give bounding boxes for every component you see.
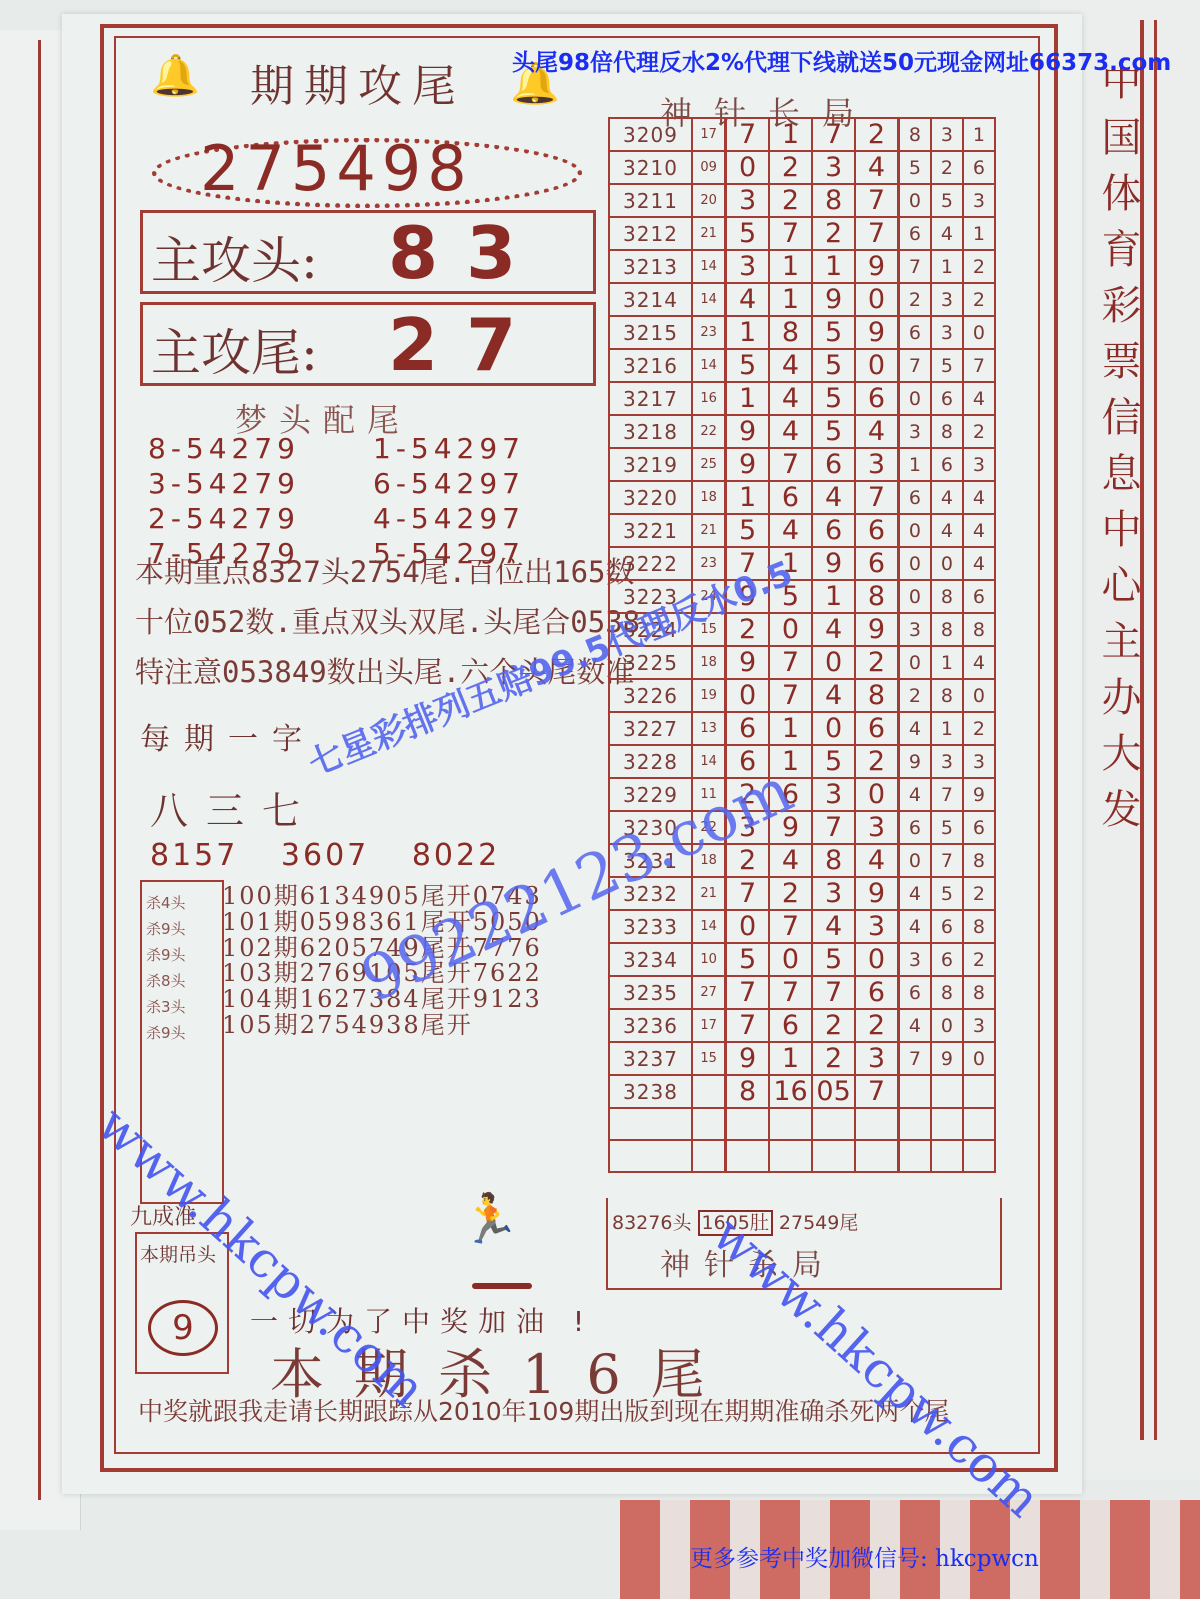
- table-row: 3227136106412: [609, 712, 995, 745]
- period-cell: 3233: [609, 910, 692, 943]
- period-cell: 3227: [609, 712, 692, 745]
- digit-cell: 8: [855, 580, 898, 613]
- dream-right-1: 1-54297: [373, 432, 598, 465]
- extra-cell: 7: [898, 1042, 931, 1075]
- period-cell: 3234: [609, 943, 692, 976]
- extra-cell: 5: [931, 811, 963, 844]
- sum-cell: [692, 1075, 726, 1108]
- sum-cell: 25: [692, 448, 726, 481]
- extra-cell: 1: [898, 448, 931, 481]
- extra-cell: 4: [898, 1009, 931, 1042]
- extra-cell: 2: [931, 151, 963, 184]
- digit-cell: 6: [769, 1009, 812, 1042]
- extra-cell: [931, 1075, 963, 1108]
- kill-label: 杀9头: [146, 942, 186, 968]
- extra-cell: 4: [963, 547, 995, 580]
- extra-cell: 3: [963, 184, 995, 217]
- digit-cell: 9: [812, 283, 855, 316]
- extra-cell: 4: [931, 514, 963, 547]
- digit-cell: 9: [855, 250, 898, 283]
- period-cell: 3235: [609, 976, 692, 1009]
- extra-cell: 7: [898, 250, 931, 283]
- main-head-value: 83: [388, 211, 544, 295]
- extra-cell: 3: [963, 745, 995, 778]
- digit-cell: 7: [812, 811, 855, 844]
- period-cell: [609, 1140, 692, 1172]
- extra-cell: 2: [898, 283, 931, 316]
- main-head-label: 主攻头:: [151, 221, 318, 293]
- table-row: 3214144190232: [609, 283, 995, 316]
- extra-cell: 7: [931, 844, 963, 877]
- digit-cell: 3: [812, 877, 855, 910]
- digit-cell: 5: [812, 415, 855, 448]
- extra-cell: 1: [931, 250, 963, 283]
- digit-cell: 0: [855, 283, 898, 316]
- sum-cell: 09: [692, 151, 726, 184]
- digit-cell: 4: [769, 844, 812, 877]
- extra-cell: [963, 1140, 995, 1172]
- extra-cell: 4: [898, 778, 931, 811]
- extra-cell: 8: [931, 613, 963, 646]
- extra-cell: 8: [963, 613, 995, 646]
- digit-cell: 3: [812, 778, 855, 811]
- sum-cell: 21: [692, 877, 726, 910]
- extra-cell: 0: [898, 184, 931, 217]
- digit-cell: 7: [812, 118, 855, 151]
- digit-cell: 3: [855, 1042, 898, 1075]
- digit-cell: 3: [855, 811, 898, 844]
- extra-cell: 2: [963, 415, 995, 448]
- digit-cell: 0: [726, 151, 769, 184]
- extra-cell: 6: [898, 481, 931, 514]
- extra-cell: 6: [963, 811, 995, 844]
- note-line-1: 本期重点8327头2754尾.百位出165数: [135, 550, 635, 591]
- extra-cell: 3: [931, 745, 963, 778]
- extra-cell: 4: [963, 514, 995, 547]
- digit-cell: 8: [812, 844, 855, 877]
- sum-cell: 22: [692, 415, 726, 448]
- sum-cell: 21: [692, 217, 726, 250]
- digit-cell: 4: [812, 613, 855, 646]
- per-word-chinese-digits: 八三七: [150, 780, 318, 835]
- digit-cell: 5: [812, 349, 855, 382]
- table-row: 3216145450757: [609, 349, 995, 382]
- digit-cell: 8: [855, 679, 898, 712]
- digit-cell: 4: [726, 283, 769, 316]
- extra-cell: 8: [931, 415, 963, 448]
- digit-cell: 5: [812, 382, 855, 415]
- draw-history-table: 3209177172831321009023452632112032870533…: [608, 117, 996, 1173]
- extra-cell: 5: [931, 349, 963, 382]
- digit-cell: 4: [769, 415, 812, 448]
- digit-cell: [812, 1108, 855, 1140]
- digit-cell: 2: [769, 184, 812, 217]
- bells-icon-left: 🔔: [150, 52, 200, 99]
- digit-cell: 8: [769, 316, 812, 349]
- extra-cell: 7: [963, 349, 995, 382]
- kill-labels: 杀4头 杀9头 杀9头 杀8头 杀3头 杀9头: [146, 890, 186, 1046]
- digit-cell: 2: [812, 1042, 855, 1075]
- extra-cell: 3: [898, 613, 931, 646]
- extra-cell: 6: [898, 976, 931, 1009]
- digit-cell: 4: [812, 679, 855, 712]
- table-row: 3218229454382: [609, 415, 995, 448]
- period-cell: 3211: [609, 184, 692, 217]
- digit-cell: 6: [769, 481, 812, 514]
- table-row: 3222237196004: [609, 547, 995, 580]
- main-head-box: 主攻头: 83: [140, 210, 596, 294]
- extra-cell: 9: [931, 1042, 963, 1075]
- digit-cell: 0: [855, 943, 898, 976]
- dream-right-3: 4-54297: [373, 502, 598, 535]
- digit-cell: 7: [769, 910, 812, 943]
- digit-cell: [855, 1108, 898, 1140]
- extra-cell: [931, 1140, 963, 1172]
- sum-cell: 14: [692, 250, 726, 283]
- extra-cell: 6: [963, 580, 995, 613]
- digit-cell: 6: [855, 712, 898, 745]
- extra-cell: 8: [931, 580, 963, 613]
- sum-cell: 20: [692, 184, 726, 217]
- digit-cell: 0: [769, 943, 812, 976]
- period-cell: 3221: [609, 514, 692, 547]
- digit-cell: 6: [812, 514, 855, 547]
- digit-cell: 9: [855, 877, 898, 910]
- side-vertical-text: 中国体育彩票信息中心主办大发: [1090, 60, 1147, 844]
- digit-cell: [769, 1140, 812, 1172]
- digit-cell: 4: [812, 481, 855, 514]
- digit-cell: 7: [726, 877, 769, 910]
- extra-cell: 3: [963, 1009, 995, 1042]
- dream-right-2: 6-54297: [373, 467, 598, 500]
- table-row: [609, 1108, 995, 1140]
- digit-cell: 4: [855, 415, 898, 448]
- sum-cell: 17: [692, 118, 726, 151]
- digit-cell: 7: [726, 1009, 769, 1042]
- extra-cell: [963, 1075, 995, 1108]
- digit-cell: 2: [769, 151, 812, 184]
- digit-cell: 0: [726, 910, 769, 943]
- digit-cell: 7: [769, 448, 812, 481]
- digit-cell: 0: [812, 646, 855, 679]
- main-tail-label: 主攻尾:: [151, 313, 318, 385]
- extra-cell: 6: [931, 448, 963, 481]
- main-tail-box: 主攻尾: 27: [140, 302, 596, 386]
- period-cell: 3219: [609, 448, 692, 481]
- digit-cell: 7: [726, 976, 769, 1009]
- digit-cell: 7: [769, 217, 812, 250]
- extra-cell: 3: [931, 283, 963, 316]
- sum-cell: 18: [692, 481, 726, 514]
- digit-cell: 7: [855, 481, 898, 514]
- period-cell: 3236: [609, 1009, 692, 1042]
- period-cell: 3212: [609, 217, 692, 250]
- runner-underline: [472, 1283, 532, 1289]
- period-cell: [609, 1108, 692, 1140]
- digit-cell: 3: [726, 250, 769, 283]
- featured-number: 275498: [200, 132, 473, 205]
- table-row: 3228146152933: [609, 745, 995, 778]
- digit-cell: 4: [812, 910, 855, 943]
- period-cell: 3228: [609, 745, 692, 778]
- extra-cell: 1: [931, 646, 963, 679]
- extra-cell: 4: [931, 217, 963, 250]
- summary-head: 83276头: [612, 1212, 691, 1234]
- digit-cell: [726, 1108, 769, 1140]
- sum-cell: 21: [692, 514, 726, 547]
- digit-cell: 5: [726, 943, 769, 976]
- digit-cell: 7: [812, 976, 855, 1009]
- extra-cell: [898, 1140, 931, 1172]
- digit-cell: 6: [812, 448, 855, 481]
- per-word-label: 每期一字: [140, 714, 316, 758]
- kill-label: 杀9头: [146, 916, 186, 942]
- extra-cell: 4: [963, 481, 995, 514]
- kill-label: 杀9头: [146, 1020, 186, 1046]
- digit-cell: 2: [812, 217, 855, 250]
- digit-cell: 2: [855, 745, 898, 778]
- extra-cell: 5: [931, 184, 963, 217]
- table-row: 3236177622403: [609, 1009, 995, 1042]
- digit-cell: 4: [769, 514, 812, 547]
- digit-cell: 9: [812, 547, 855, 580]
- extra-cell: 0: [898, 514, 931, 547]
- digit-cell: 0: [769, 613, 812, 646]
- digit-cell: 6: [855, 547, 898, 580]
- extra-cell: 2: [963, 250, 995, 283]
- extra-cell: 4: [898, 910, 931, 943]
- extra-cell: 2: [898, 679, 931, 712]
- digit-cell: 0: [855, 349, 898, 382]
- period-cell: 3220: [609, 481, 692, 514]
- kill-label: 杀4头: [146, 890, 186, 916]
- per-word-number-3: 8022: [412, 838, 500, 873]
- table-row: 3225189702014: [609, 646, 995, 679]
- extra-cell: 6: [898, 316, 931, 349]
- sum-cell: 18: [692, 646, 726, 679]
- runner-cartoon-icon: 🏃: [460, 1190, 520, 1247]
- extra-cell: 5: [931, 877, 963, 910]
- background-frame-left: [0, 40, 41, 1500]
- extra-cell: 2: [963, 943, 995, 976]
- digit-cell: 1: [769, 118, 812, 151]
- extra-cell: 6: [931, 943, 963, 976]
- kill-label: 杀8头: [146, 968, 186, 994]
- table-row: 3221215466044: [609, 514, 995, 547]
- extra-cell: 8: [898, 118, 931, 151]
- table-row: 3210090234526: [609, 151, 995, 184]
- digit-cell: 6: [855, 514, 898, 547]
- digit-cell: 1: [812, 250, 855, 283]
- digit-cell: 1: [769, 283, 812, 316]
- digit-cell: 9: [726, 1042, 769, 1075]
- digit-cell: 7: [769, 976, 812, 1009]
- extra-cell: [898, 1108, 931, 1140]
- digit-cell: 6: [855, 382, 898, 415]
- table-row: 3219259763163: [609, 448, 995, 481]
- digit-cell: 4: [769, 349, 812, 382]
- digit-cell: 7: [855, 184, 898, 217]
- extra-cell: 3: [898, 943, 931, 976]
- extra-cell: 3: [898, 415, 931, 448]
- extra-cell: [963, 1108, 995, 1140]
- extra-cell: 9: [963, 778, 995, 811]
- footer-note: 中奖就跟我走请长期跟踪从2010年109期出版到现在期期准确杀死两个尾: [138, 1392, 949, 1428]
- digit-cell: 5: [812, 316, 855, 349]
- digit-cell: 9: [726, 415, 769, 448]
- sum-cell: 19: [692, 679, 726, 712]
- sum-cell: 14: [692, 745, 726, 778]
- sum-cell: 14: [692, 283, 726, 316]
- table-row: 3238816057: [609, 1075, 995, 1108]
- digit-cell: 9: [855, 316, 898, 349]
- digit-cell: 7: [855, 1075, 898, 1108]
- extra-cell: 4: [963, 382, 995, 415]
- digit-cell: 7: [855, 217, 898, 250]
- extra-cell: [931, 1108, 963, 1140]
- digit-cell: 0: [855, 778, 898, 811]
- sum-cell: [692, 1140, 726, 1172]
- digit-cell: 6: [855, 976, 898, 1009]
- digit-cell: 16: [769, 1075, 812, 1108]
- digit-cell: 05: [812, 1075, 855, 1108]
- digit-cell: 1: [726, 382, 769, 415]
- sum-cell: 14: [692, 349, 726, 382]
- table-row: 3211203287053: [609, 184, 995, 217]
- extra-cell: 2: [963, 283, 995, 316]
- sum-cell: 16: [692, 382, 726, 415]
- extra-cell: 7: [931, 778, 963, 811]
- extra-cell: 8: [931, 679, 963, 712]
- digit-cell: 1: [769, 250, 812, 283]
- period-cell: 3210: [609, 151, 692, 184]
- extra-cell: 3: [931, 316, 963, 349]
- sum-cell: 23: [692, 316, 726, 349]
- digit-cell: 5: [726, 514, 769, 547]
- extra-cell: 5: [898, 151, 931, 184]
- extra-cell: 0: [898, 844, 931, 877]
- extra-cell: 0: [963, 679, 995, 712]
- digit-cell: 9: [726, 448, 769, 481]
- extra-cell: 1: [963, 217, 995, 250]
- digit-cell: 3: [855, 448, 898, 481]
- extra-cell: 4: [898, 877, 931, 910]
- period-cell: 3213: [609, 250, 692, 283]
- per-word-number-1: 8157: [150, 838, 238, 873]
- table-row: 3209177172831: [609, 118, 995, 151]
- sum-cell: 13: [692, 712, 726, 745]
- digit-cell: 1: [812, 580, 855, 613]
- digit-cell: [726, 1140, 769, 1172]
- table-row: 3215231859630: [609, 316, 995, 349]
- digit-cell: 2: [769, 877, 812, 910]
- digit-cell: 2: [812, 1009, 855, 1042]
- table-row: 3233140743468: [609, 910, 995, 943]
- extra-cell: 2: [963, 877, 995, 910]
- summary-tail: 27549尾: [779, 1212, 858, 1234]
- extra-cell: 9: [898, 745, 931, 778]
- period-cell: 3238: [609, 1075, 692, 1108]
- table-row: 3220181647644: [609, 481, 995, 514]
- extra-cell: 8: [963, 910, 995, 943]
- extra-cell: 6: [898, 811, 931, 844]
- extra-cell: 6: [931, 382, 963, 415]
- digit-cell: 3: [726, 184, 769, 217]
- sum-cell: [692, 1108, 726, 1140]
- extra-cell: 4: [898, 712, 931, 745]
- digit-cell: 9: [726, 646, 769, 679]
- digit-cell: 9: [855, 613, 898, 646]
- dream-left-1: 8-54279: [148, 432, 373, 465]
- digit-cell: 8: [812, 184, 855, 217]
- digit-cell: 7: [726, 118, 769, 151]
- extra-cell: 6: [898, 217, 931, 250]
- sum-cell: 14: [692, 910, 726, 943]
- sum-cell: 10: [692, 943, 726, 976]
- page-title: 期期攻尾: [250, 50, 466, 114]
- hang-head-value: 9: [148, 1300, 218, 1356]
- per-word-number-2: 3607: [281, 838, 369, 873]
- main-tail-value: 27: [388, 303, 544, 387]
- extra-cell: 3: [963, 448, 995, 481]
- digit-cell: 7: [769, 646, 812, 679]
- table-row: 3217161456064: [609, 382, 995, 415]
- table-row: 3226190748280: [609, 679, 995, 712]
- dream-left-3: 2-54279: [148, 502, 373, 535]
- extra-cell: 0: [898, 382, 931, 415]
- sum-cell: 27: [692, 976, 726, 1009]
- sum-cell: 15: [692, 1042, 726, 1075]
- extra-cell: 0: [898, 547, 931, 580]
- per-word-numbers: 8157 3607 8022: [150, 838, 500, 873]
- period-cell: 3214: [609, 283, 692, 316]
- digit-cell: 6: [726, 712, 769, 745]
- period-cell: 3218: [609, 415, 692, 448]
- digit-cell: 1: [726, 481, 769, 514]
- history-row: 105期2754938尾开: [222, 1013, 542, 1039]
- extra-cell: 2: [963, 712, 995, 745]
- digit-cell: [812, 1140, 855, 1172]
- extra-cell: 0: [898, 580, 931, 613]
- extra-cell: 8: [963, 844, 995, 877]
- digit-cell: 2: [855, 1009, 898, 1042]
- extra-cell: 1: [963, 118, 995, 151]
- digit-cell: 2: [855, 118, 898, 151]
- extra-cell: 0: [931, 547, 963, 580]
- digit-cell: 5: [726, 217, 769, 250]
- watermark-top: 头尾98倍代理反水2%代理下线就送50元现金网址66373.com: [512, 44, 1171, 77]
- period-cell: 3216: [609, 349, 692, 382]
- digit-cell: 3: [812, 151, 855, 184]
- extra-cell: 0: [963, 316, 995, 349]
- extra-cell: 4: [963, 646, 995, 679]
- digit-cell: 5: [812, 943, 855, 976]
- digit-cell: 4: [855, 844, 898, 877]
- extra-cell: 8: [963, 976, 995, 1009]
- table-row: 3235277776688: [609, 976, 995, 1009]
- period-cell: 3226: [609, 679, 692, 712]
- extra-cell: 0: [963, 1042, 995, 1075]
- table-row: 3234105050362: [609, 943, 995, 976]
- extra-cell: 4: [931, 481, 963, 514]
- watermark-bottom: 更多参考中奖加微信号: hkcpwcn: [690, 1540, 1039, 1573]
- period-cell: 3237: [609, 1042, 692, 1075]
- digit-cell: 4: [855, 151, 898, 184]
- dream-left-2: 3-54279: [148, 467, 373, 500]
- table-row: [609, 1140, 995, 1172]
- digit-cell: 5: [726, 349, 769, 382]
- digit-cell: 8: [726, 1075, 769, 1108]
